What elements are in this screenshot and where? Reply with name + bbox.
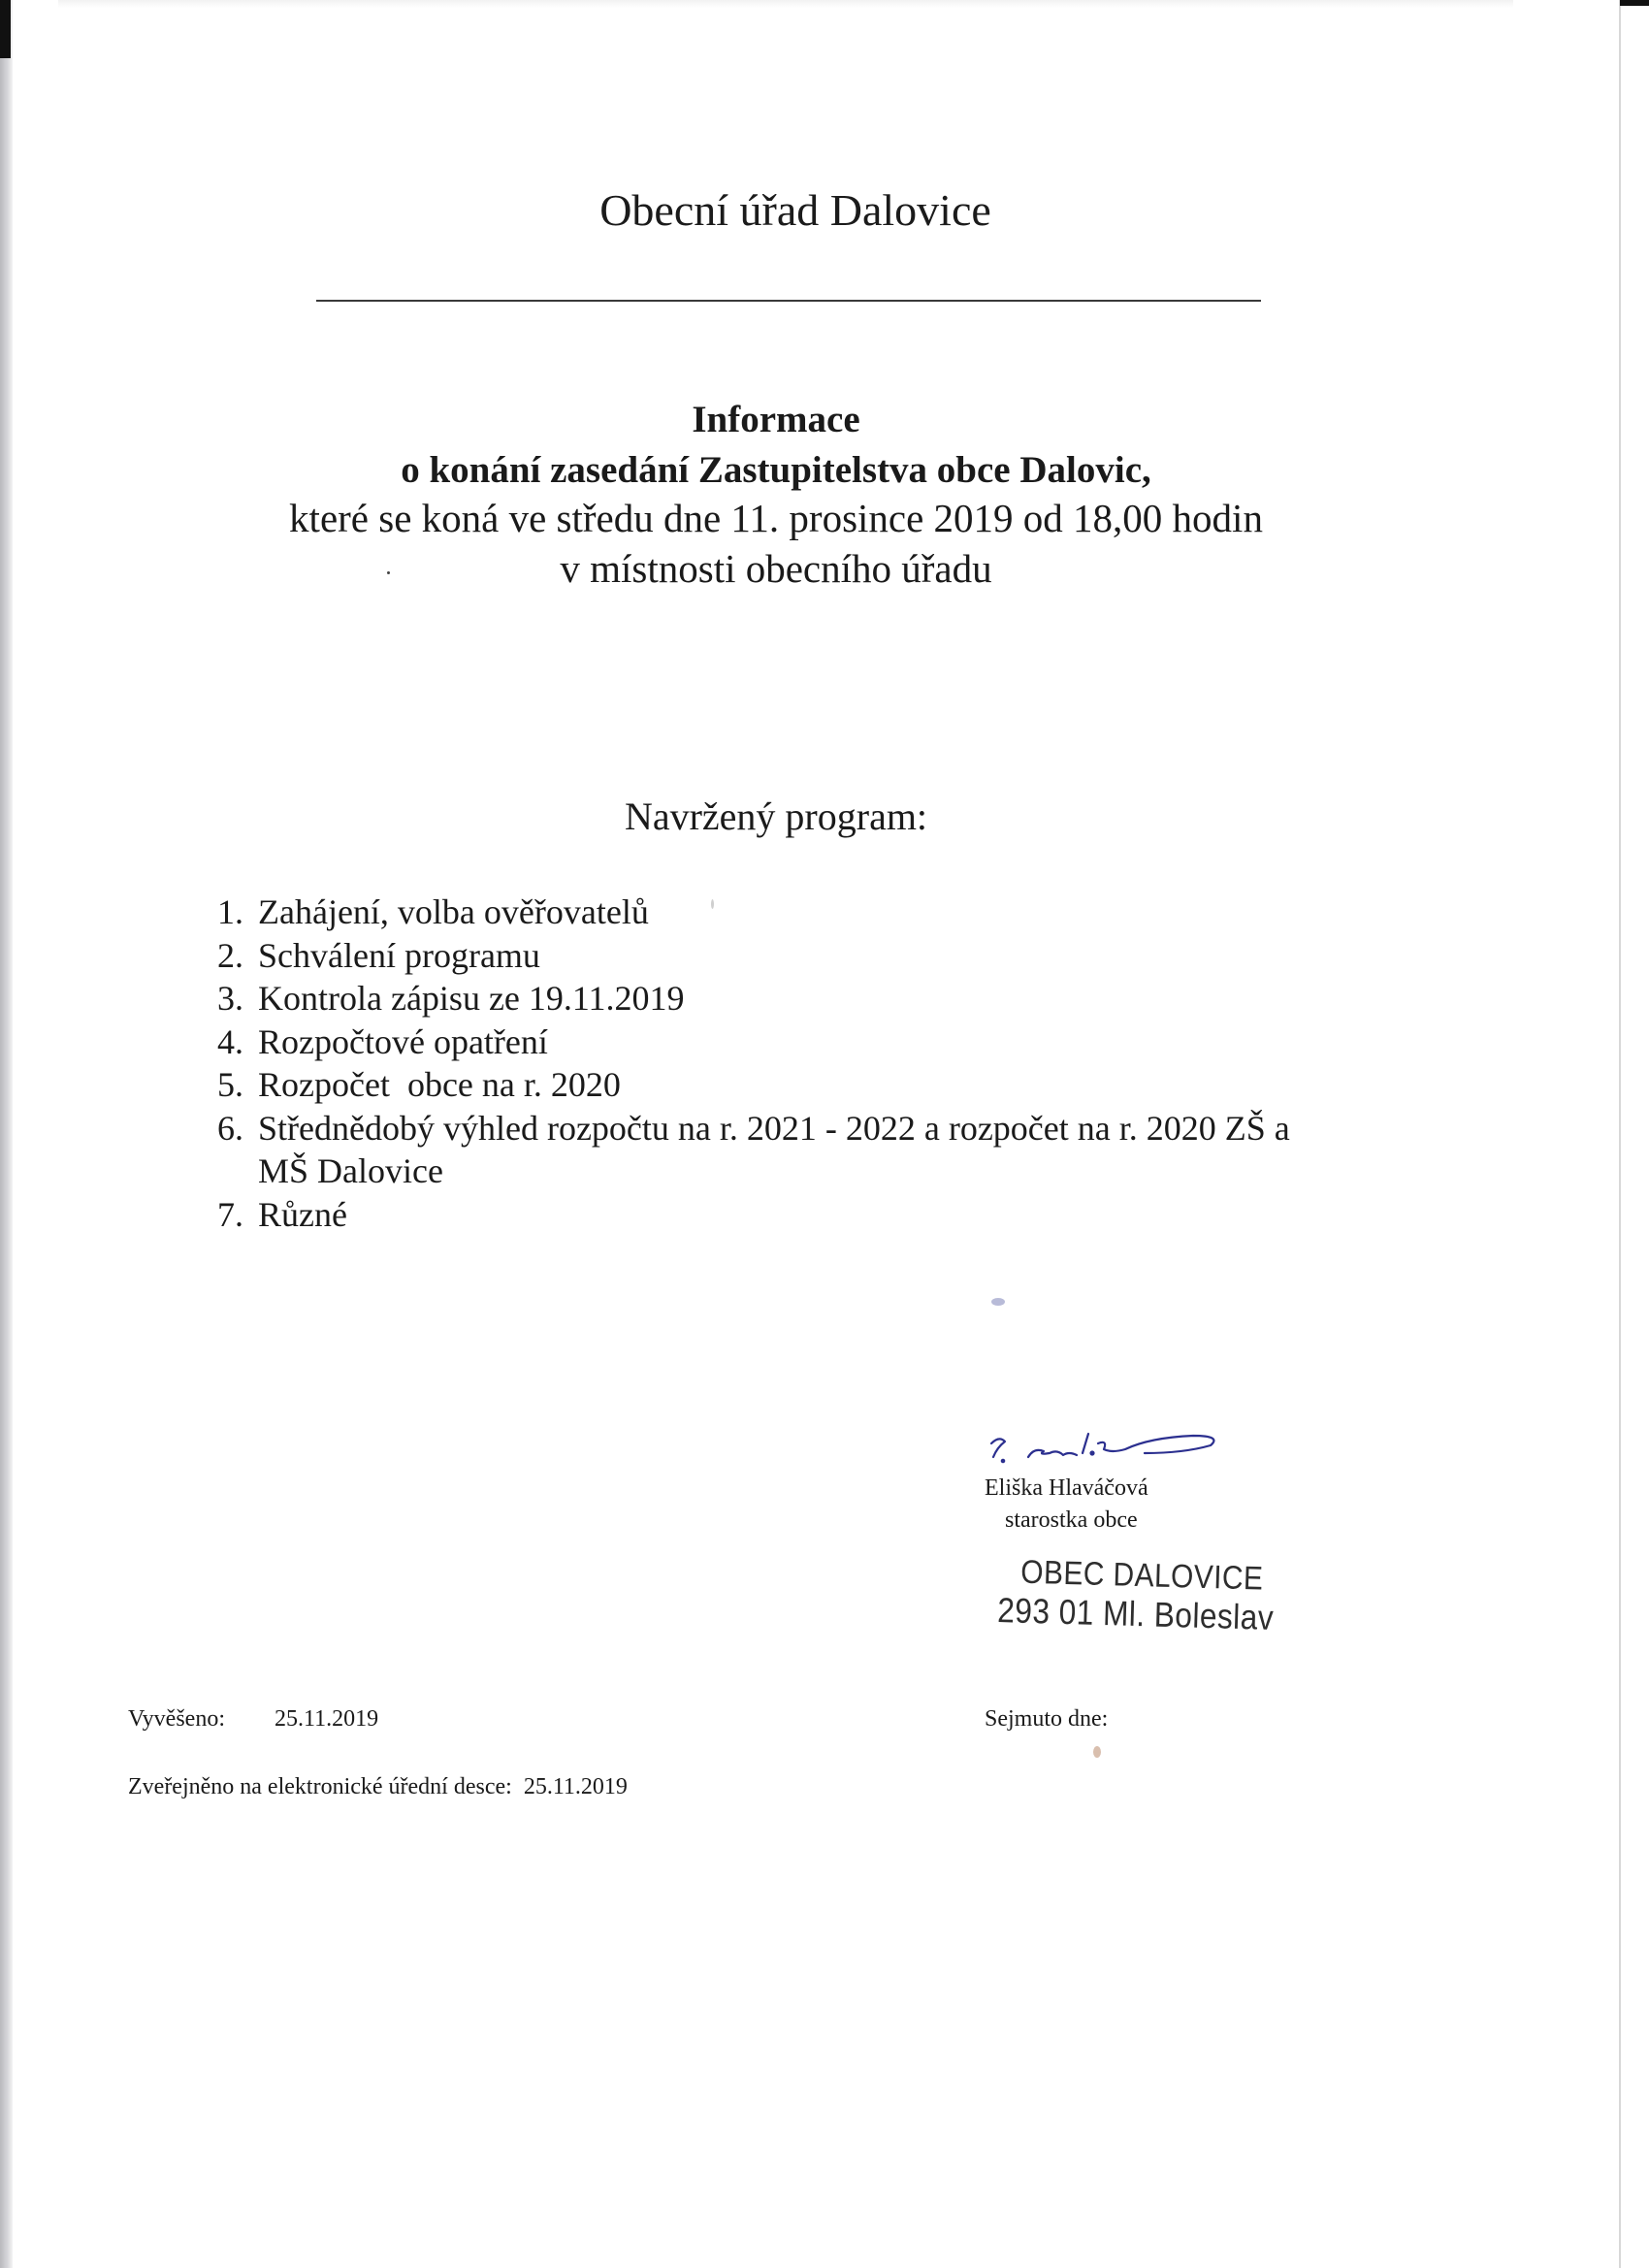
agenda-item-number: 3. bbox=[217, 977, 243, 1021]
stamp-line-2: 293 01 Ml. Boleslav bbox=[997, 1591, 1275, 1637]
scan-edge-right bbox=[1619, 0, 1621, 2268]
agenda-item: 6. Střednědobý výhled rozpočtu na r. 202… bbox=[217, 1107, 1290, 1193]
scan-speck bbox=[991, 1298, 1005, 1306]
handwritten-signature bbox=[980, 1414, 1251, 1473]
agenda-item: 2. Schválení programu bbox=[217, 934, 1290, 978]
document-heading: Informace bbox=[0, 398, 1552, 441]
agenda-item-number: 7. bbox=[217, 1193, 243, 1237]
agenda-item-number: 1. bbox=[217, 891, 243, 934]
agenda-item-text: Zahájení, volba ověřovatelů bbox=[258, 892, 649, 931]
agenda-item-number: 2. bbox=[217, 934, 243, 978]
scan-speck bbox=[711, 899, 714, 909]
program-heading: Navržený program: bbox=[0, 794, 1552, 839]
agenda-item: 3. Kontrola zápisu ze 19.11.2019 bbox=[217, 977, 1290, 1021]
posted-date: 25.11.2019 bbox=[275, 1706, 378, 1733]
scan-edge-left bbox=[0, 0, 13, 2268]
office-title: Obecní úřad Dalovice bbox=[0, 184, 1591, 236]
agenda-item: 5. Rozpočet obce na r. 2020 bbox=[217, 1063, 1290, 1107]
agenda-item-number: 6. bbox=[217, 1107, 243, 1150]
removed-label: Sejmuto dne: bbox=[985, 1706, 1108, 1733]
agenda-item: 7. Různé bbox=[217, 1193, 1290, 1237]
scan-edge-right-dark bbox=[1620, 0, 1649, 6]
agenda-item-number: 4. bbox=[217, 1021, 243, 1064]
document-subheading: o konání zasedání Zastupitelstva obce Da… bbox=[0, 448, 1552, 492]
posted-label: Vyvěšeno: bbox=[128, 1706, 225, 1733]
agenda-item-text: Rozpočtové opatření bbox=[258, 1022, 548, 1061]
scan-edge-top bbox=[58, 0, 1513, 8]
published-electronic-notice: Zveřejněno na elektronické úřední desce:… bbox=[128, 1774, 628, 1800]
agenda-list: 1. Zahájení, volba ověřovatelů 2. Schvál… bbox=[217, 891, 1290, 1236]
agenda-item-text: Kontrola zápisu ze 19.11.2019 bbox=[258, 979, 685, 1018]
meeting-location: v místnosti obecního úřadu bbox=[0, 545, 1552, 592]
scan-speck bbox=[1093, 1746, 1101, 1758]
agenda-item-text: Schválení programu bbox=[258, 936, 540, 975]
official-stamp: OBEC DALOVICE 293 01 Ml. Boleslav bbox=[997, 1552, 1313, 1638]
title-divider bbox=[316, 300, 1261, 302]
agenda-item-number: 5. bbox=[217, 1063, 243, 1107]
signer-role: starostka obce bbox=[1005, 1507, 1138, 1534]
scan-edge-left-dark bbox=[0, 0, 11, 58]
agenda-item: 4. Rozpočtové opatření bbox=[217, 1021, 1290, 1064]
meeting-datetime: které se koná ve středu dne 11. prosince… bbox=[0, 495, 1552, 541]
agenda-item-text: Střednědobý výhled rozpočtu na r. 2021 -… bbox=[258, 1109, 1290, 1148]
scan-speck bbox=[387, 571, 390, 574]
signer-name: Eliška Hlaváčová bbox=[985, 1475, 1148, 1502]
agenda-item-text-continuation: MŠ Dalovice bbox=[258, 1150, 1290, 1193]
agenda-item: 1. Zahájení, volba ověřovatelů bbox=[217, 891, 1290, 934]
agenda-item-text: Různé bbox=[258, 1195, 347, 1234]
agenda-item-text: Rozpočet obce na r. 2020 bbox=[258, 1065, 621, 1104]
